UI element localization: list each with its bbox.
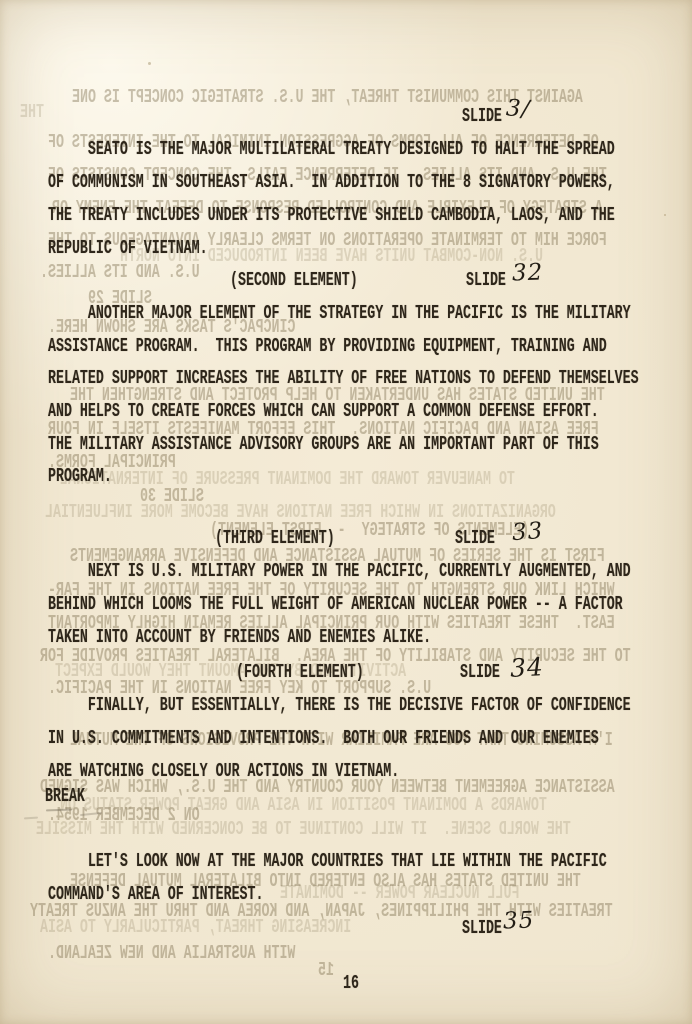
ghost-text-line: THE WORLD SCENE. IT WILL CONTINUE TO BE … xyxy=(36,820,571,839)
text-line: IN U.S. COMMITMENTS AND INTENTIONS. BOTH… xyxy=(48,729,599,748)
element-label: (SECOND ELEMENT) xyxy=(230,271,358,290)
text-line: PROGRAM. xyxy=(48,467,112,486)
paper-speck xyxy=(664,214,666,216)
text-line: TAKEN INTO ACCOUNT BY FRIENDS AND ENEMIE… xyxy=(48,628,431,647)
handwritten-slide-number: 35 xyxy=(503,909,535,933)
text-line: RELATED SUPPORT INCREASES THE ABILITY OF… xyxy=(48,369,639,388)
text-line: ARE WATCHING CLOSELY OUR ACTIONS IN VIET… xyxy=(48,762,399,781)
paper-speck xyxy=(148,62,151,65)
text-line: REPUBLIC OF VIETNAM. xyxy=(48,239,208,258)
break-marker: BREAK xyxy=(45,787,85,806)
slide-label: SLIDE xyxy=(462,919,502,938)
document-page: AGAINST THIS COMMUNIST THREAT, THE U.S. … xyxy=(0,0,692,1024)
text-line: AND HELPS TO CREATE FORCES WHICH CAN SUP… xyxy=(48,402,599,421)
ghost-text-line: INCREASING THREAT, PARTICULARLY TO ASIA xyxy=(40,918,351,937)
ghost-text-line: WITH AUSTRALIA AND NEW ZEALAND. xyxy=(48,944,295,963)
ghost-text-line: THE xyxy=(20,103,44,122)
slide-label: SLIDE xyxy=(460,663,500,682)
slide-label: SLIDE xyxy=(455,529,495,548)
text-line: THE MILITARY ASSISTANCE ADVISORY GROUPS … xyxy=(48,435,599,454)
text-line: THE TREATY INCLUDES UNDER ITS PROTECTIVE… xyxy=(48,206,615,225)
handwritten-slide-number: 32 xyxy=(512,261,544,285)
ghost-text-line: TO MANEUVER TOWARD THE DOMINANT PRESSURE… xyxy=(60,470,515,489)
paper-speck xyxy=(92,948,94,950)
text-line: ASSISTANCE PROGRAM. THIS PROGRAM BY PROV… xyxy=(48,337,607,356)
text-line: ANOTHER MAJOR ELEMENT OF THE STRATEGY IN… xyxy=(48,304,631,323)
page-number: 16 xyxy=(343,974,359,993)
ghost-text-line: 15 xyxy=(318,961,334,980)
slide-label: SLIDE xyxy=(466,271,506,290)
handwritten-slide-number: 33 xyxy=(511,520,544,545)
element-label: (THIRD ELEMENT) xyxy=(215,529,335,548)
handwritten-slide-number: 34 xyxy=(509,654,544,681)
ghost-text-line: U.S. AND ITS ALLIES. xyxy=(40,263,200,282)
handwritten-slide-number: 3/ xyxy=(505,97,531,121)
text-line: SEATO IS THE MAJOR MULTILATERAL TREATY D… xyxy=(48,140,615,159)
text-line: COMMAND'S AREA OF INTEREST. xyxy=(48,885,264,904)
element-label: (FOURTH ELEMENT) xyxy=(236,663,364,682)
text-line: BEHIND WHICH LOOMS THE FULL WEIGHT OF AM… xyxy=(48,595,623,614)
text-line: FINALLY, BUT ESSENTIALLY, THERE IS THE D… xyxy=(48,696,631,715)
text-line: LET'S LOOK NOW AT THE MAJOR COUNTRIES TH… xyxy=(48,852,607,871)
slide-label: SLIDE xyxy=(462,107,502,126)
text-line: OF COMMUNISM IN SOUTHEAST ASIA. IN ADDIT… xyxy=(48,173,615,192)
text-line: NEXT IS U.S. MILITARY POWER IN THE PACIF… xyxy=(48,562,631,581)
